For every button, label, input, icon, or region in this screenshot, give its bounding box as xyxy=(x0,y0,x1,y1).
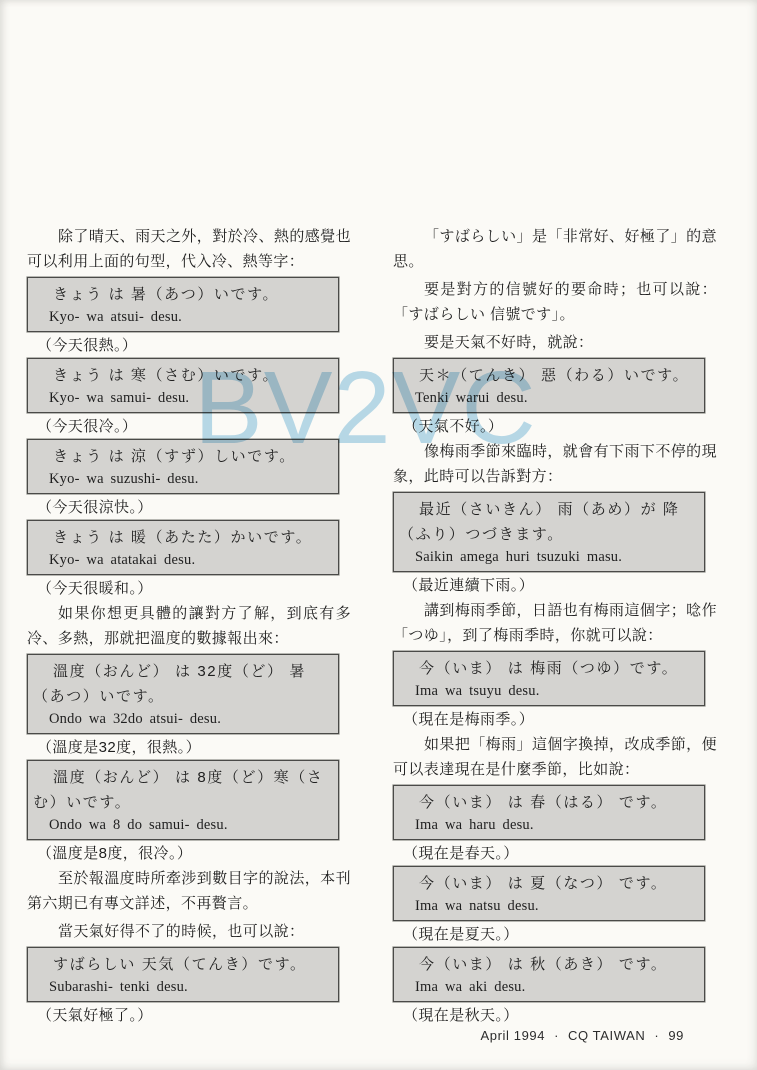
phrase-box: きょう は 暖（あたた）かいです。 Kyo- wa atatakai desu. xyxy=(27,520,339,575)
romaji-line: Ima wa tsuyu desu. xyxy=(415,681,696,702)
romaji-line: Saikin amega huri tsuzuki masu. xyxy=(415,547,696,568)
japanese-phrase: 溫度（おんど） は 32度（ど） 暑（あつ）いです。 xyxy=(33,659,330,709)
phrase-box: 溫度（おんど） は 32度（ど） 暑（あつ）いです。 Ondo wa 32do … xyxy=(27,654,339,734)
japanese-phrase: 今（いま） は 春（はる） です。 xyxy=(399,790,696,815)
paragraph: 講到梅雨季節，日語也有梅雨這個字；唸作「つゆ」，到了梅雨季時，你就可以說： xyxy=(393,598,717,648)
chinese-translation: （溫度是32度，很熱。） xyxy=(37,737,351,758)
romaji-line: Ondo wa 32do atsui- desu. xyxy=(49,709,330,730)
footer-separator: · xyxy=(654,1028,659,1043)
chinese-translation: （天氣不好。） xyxy=(403,416,717,437)
paragraph: 至於報溫度時所牽涉到數目字的說法，本刊第六期已有專文詳述，不再贅言。 xyxy=(27,866,351,916)
phrase-box: 今（いま） は 梅雨（つゆ）です。 Ima wa tsuyu desu. xyxy=(393,651,705,706)
japanese-phrase: 溫度（おんど） は 8度（ど）寒（さむ）いです。 xyxy=(33,765,330,815)
phrase-box: きょう は 暑（あつ）いです。 Kyo- wa atsui- desu. xyxy=(27,277,339,332)
phrase-box: きょう は 涼（すず）しいです。 Kyo- wa suzushi- desu. xyxy=(27,439,339,494)
romaji-line: Kyo- wa atsui- desu. xyxy=(49,307,330,328)
two-column-article-body: 除了晴天、雨天之外，對於冷、熱的感覺也可以利用上面的句型，代入冷、熱等字： きょ… xyxy=(27,224,717,1028)
romaji-line: Kyo- wa atatakai desu. xyxy=(49,550,330,571)
chinese-translation: （現在是秋天。） xyxy=(403,1005,717,1026)
romaji-line: Ima wa aki desu. xyxy=(415,977,696,998)
footer-magazine-title: CQ TAIWAN xyxy=(568,1028,645,1043)
chinese-translation: （今天很涼快。） xyxy=(37,497,351,518)
phrase-box: 今（いま） は 秋（あき） です。 Ima wa aki desu. xyxy=(393,947,705,1002)
chinese-translation: （今天很暖和。） xyxy=(37,578,351,599)
japanese-phrase: きょう は 暖（あたた）かいです。 xyxy=(33,525,330,550)
chinese-translation: （溫度是8度，很冷。） xyxy=(37,843,351,864)
chinese-translation: （最近連續下雨。） xyxy=(403,575,717,596)
romaji-line: Ondo wa 8 do samui- desu. xyxy=(49,815,330,836)
romaji-line: Ima wa haru desu. xyxy=(415,815,696,836)
paragraph: 如果把「梅雨」這個字換掉，改成季節，便可以表達現在是什麼季節，比如說： xyxy=(393,732,717,782)
japanese-phrase: きょう は 寒（さむ）いです。 xyxy=(33,363,330,388)
chinese-translation: （今天很熱。） xyxy=(37,335,351,356)
phrase-box: 溫度（おんど） は 8度（ど）寒（さむ）いです。 Ondo wa 8 do sa… xyxy=(27,760,339,840)
chinese-translation: （現在是夏天。） xyxy=(403,924,717,945)
phrase-box: 今（いま） は 夏（なつ） です。 Ima wa natsu desu. xyxy=(393,866,705,921)
paragraph: 要是對方的信號好的要命時；也可以說：「すばらしい 信號です」。 xyxy=(393,277,717,327)
romaji-line: Kyo- wa samui- desu. xyxy=(49,388,330,409)
chinese-translation: （現在是梅雨季。） xyxy=(403,709,717,730)
romaji-line: Tenki warui desu. xyxy=(415,388,696,409)
paragraph: 「すばらしい」是「非常好、好極了」的意思。 xyxy=(393,224,717,274)
chinese-translation: （今天很冷。） xyxy=(37,416,351,437)
japanese-phrase: 最近（さいきん） 雨（あめ）が 降（ふり）つづきます。 xyxy=(399,497,696,547)
paragraph: 像梅雨季節來臨時，就會有下雨下不停的現象，此時可以告訴對方： xyxy=(393,439,717,489)
phrase-box: 天＊（てんき） 惡（わる）いです。 Tenki warui desu. xyxy=(393,358,705,413)
japanese-phrase: すばらしい 天気（てんき）です。 xyxy=(33,952,330,977)
right-column: 「すばらしい」是「非常好、好極了」的意思。 要是對方的信號好的要命時；也可以說：… xyxy=(393,224,717,1028)
page-footer: April 1994·CQ TAIWAN·99 xyxy=(481,1028,684,1043)
paragraph: 要是天氣不好時，就說： xyxy=(393,330,717,355)
japanese-phrase: 今（いま） は 夏（なつ） です。 xyxy=(399,871,696,896)
japanese-phrase: きょう は 涼（すず）しいです。 xyxy=(33,444,330,469)
phrase-box: 今（いま） は 春（はる） です。 Ima wa haru desu. xyxy=(393,785,705,840)
japanese-phrase: 今（いま） は 梅雨（つゆ）です。 xyxy=(399,656,696,681)
paragraph: 除了晴天、雨天之外，對於冷、熱的感覺也可以利用上面的句型，代入冷、熱等字： xyxy=(27,224,351,274)
footer-separator: · xyxy=(554,1028,559,1043)
japanese-phrase: 今（いま） は 秋（あき） です。 xyxy=(399,952,696,977)
phrase-box: すばらしい 天気（てんき）です。 Subarashi- tenki desu. xyxy=(27,947,339,1002)
romaji-line: Ima wa natsu desu. xyxy=(415,896,696,917)
chinese-translation: （天氣好極了。） xyxy=(37,1005,351,1026)
japanese-phrase: 天＊（てんき） 惡（わる）いです。 xyxy=(399,363,696,388)
phrase-box: きょう は 寒（さむ）いです。 Kyo- wa samui- desu. xyxy=(27,358,339,413)
romaji-line: Subarashi- tenki desu. xyxy=(49,977,330,998)
romaji-line: Kyo- wa suzushi- desu. xyxy=(49,469,330,490)
paragraph: 當天氣好得不了的時候，也可以說： xyxy=(27,919,351,944)
phrase-box: 最近（さいきん） 雨（あめ）が 降（ふり）つづきます。 Saikin amega… xyxy=(393,492,705,572)
footer-page-number: 99 xyxy=(668,1028,684,1043)
japanese-phrase: きょう は 暑（あつ）いです。 xyxy=(33,282,330,307)
paragraph: 如果你想更具體的讓對方了解，到底有多冷、多熱，那就把溫度的數據報出來： xyxy=(27,601,351,651)
chinese-translation: （現在是春天。） xyxy=(403,843,717,864)
left-column: 除了晴天、雨天之外，對於冷、熱的感覺也可以利用上面的句型，代入冷、熱等字： きょ… xyxy=(27,224,351,1028)
footer-date: April 1994 xyxy=(481,1028,546,1043)
